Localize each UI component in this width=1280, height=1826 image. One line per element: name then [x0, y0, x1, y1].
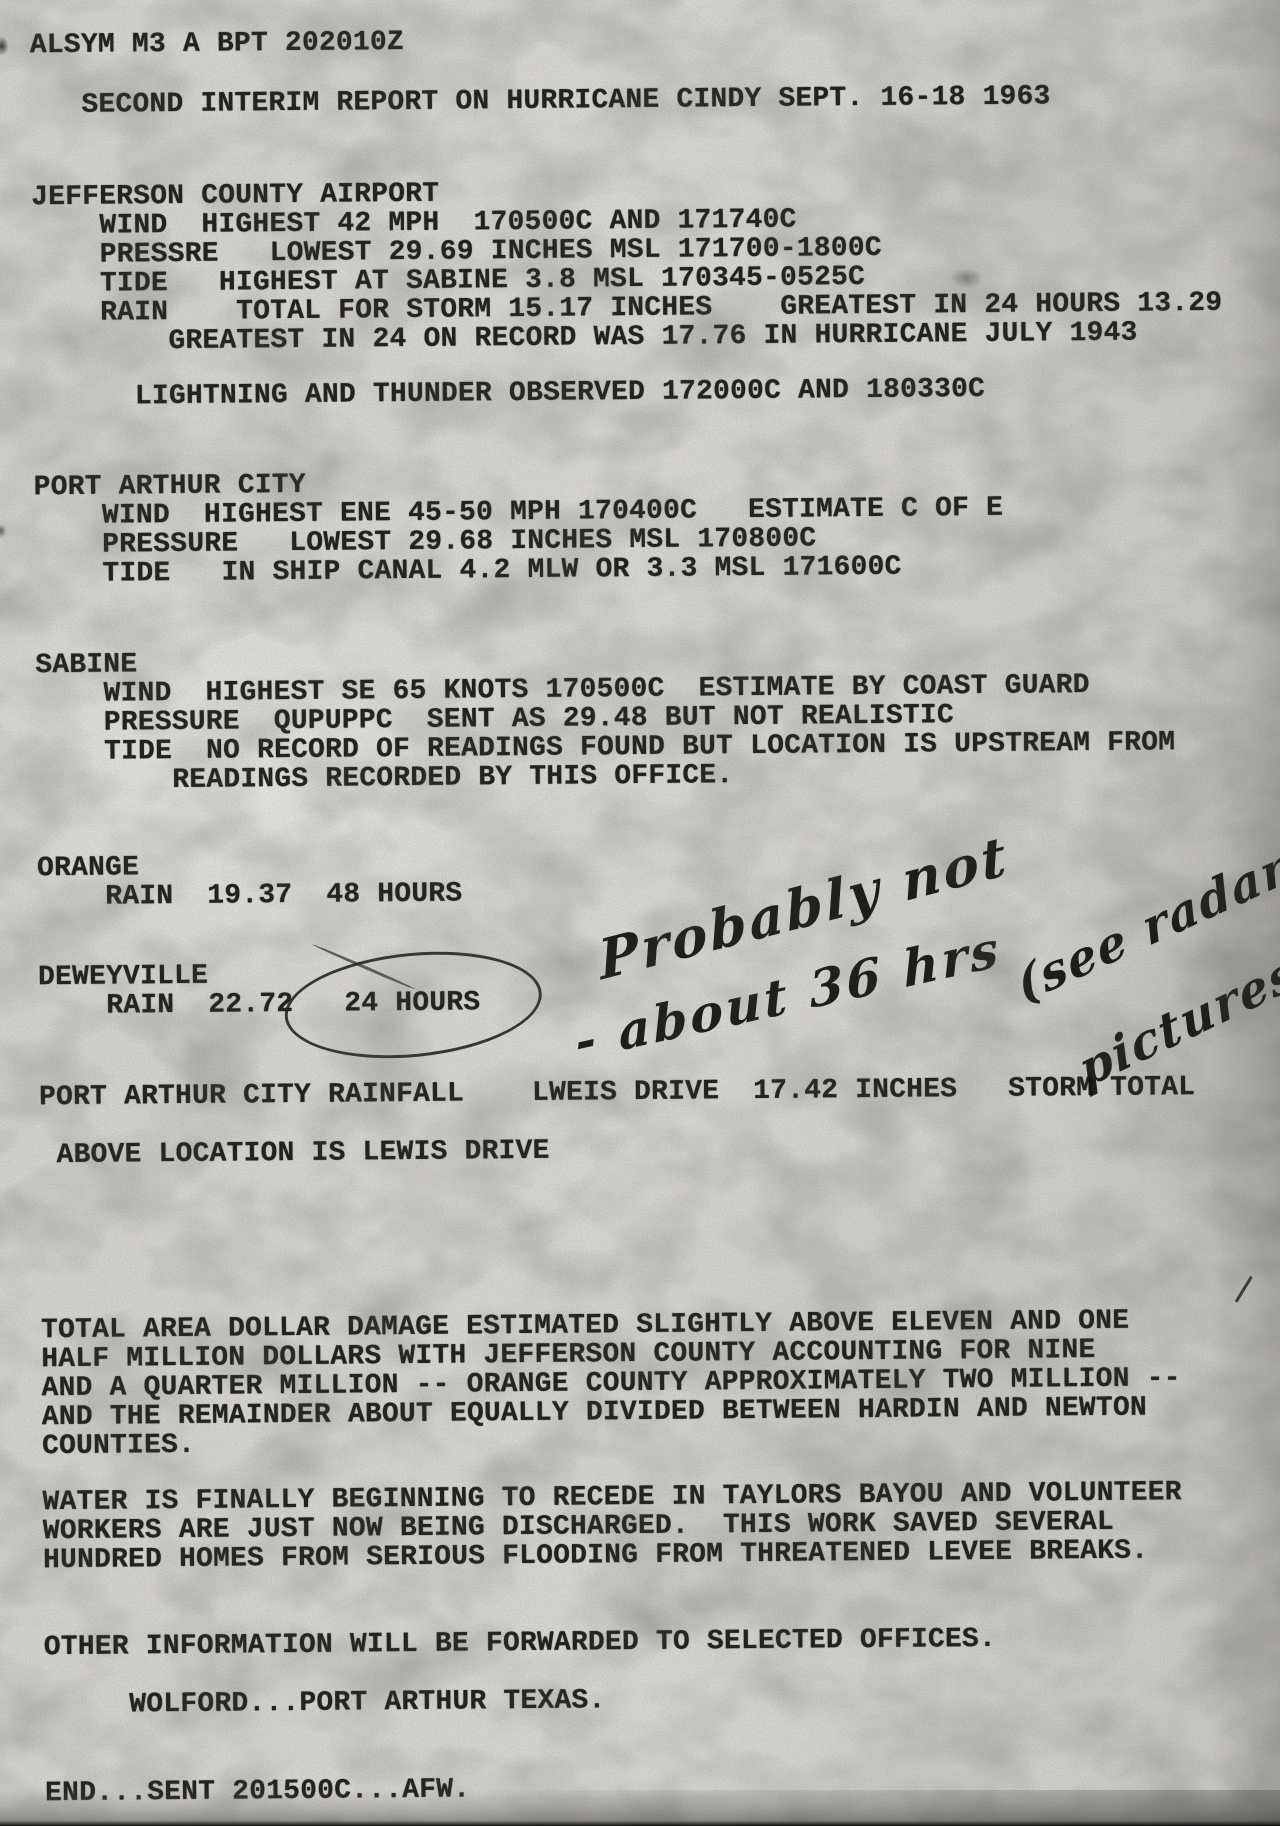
handwritten-annotations: Probably not - about 36 hrs (see radar p… — [0, 0, 1280, 1826]
scanned-report-page: ALSYM M3 A BPT 202010Z SECOND INTERIM RE… — [0, 0, 1280, 1826]
pen-slash-mark — [1235, 1276, 1253, 1303]
circled-24-hours-ellipse — [280, 941, 547, 1069]
